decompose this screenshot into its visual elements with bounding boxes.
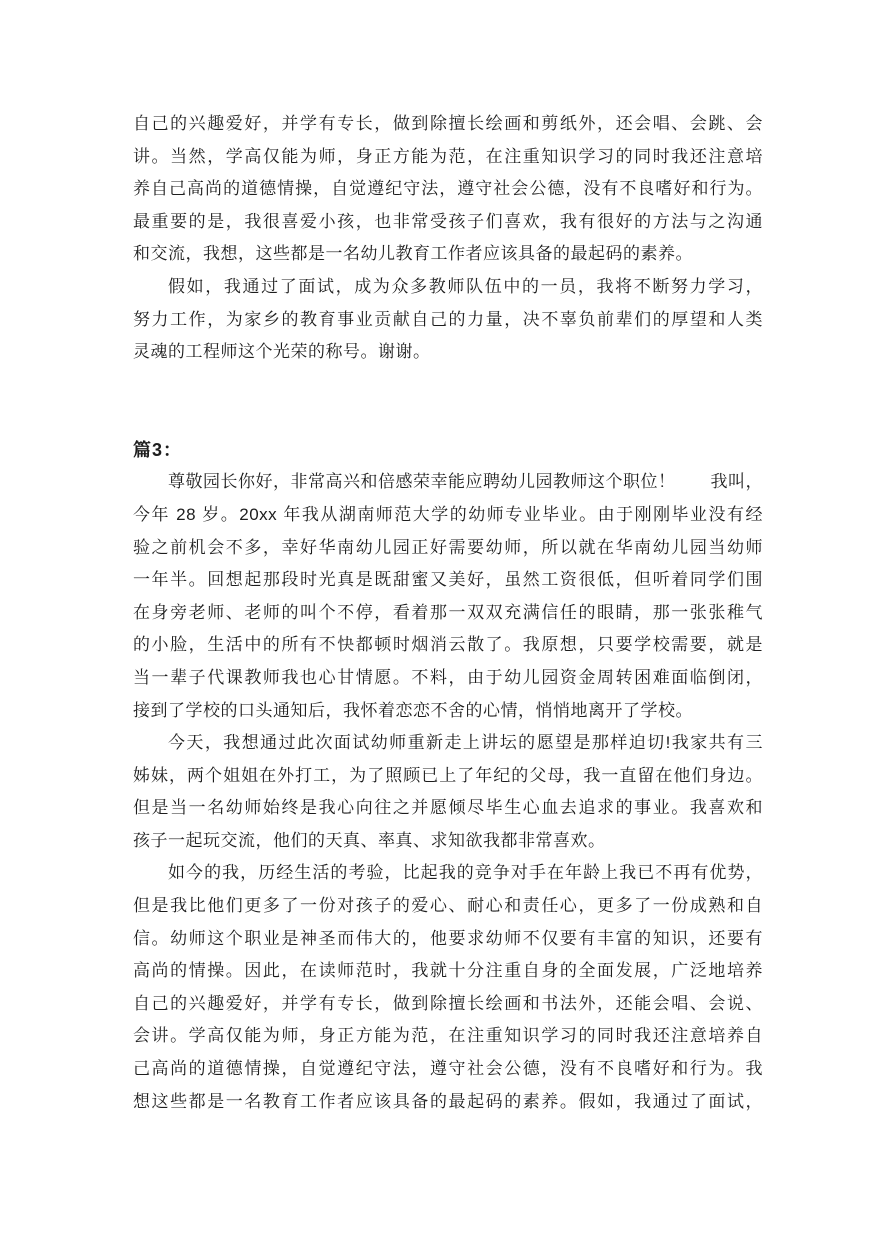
text-line: 接到了学校的口头通知后，我怀着恋恋不舍的心情，悄悄地离开了学校。 [133,695,763,728]
text-line: 如今的我，历经生活的考验，比起我的竞争对手在年龄上我已不再有优势， [133,857,763,890]
text-line: 一年半。回想起那段时光真是既甜蜜又美好，虽然工资很低，但听着同学们围 [133,564,763,597]
text-line: 会讲。学高仅能为师，身正方能为范，在注重知识学习的同时我还注意培养自 [133,1020,763,1053]
text-line: 的小脸，生活中的所有不快都顿时烟消云散了。我原想，只要学校需要，就是 [133,629,763,662]
text-line: 最重要的是，我很喜爱小孩，也非常受孩子们喜欢，我有很好的方法与之沟通 [133,206,763,239]
text-line: 姊妹，两个姐姐在外打工，为了照顾已上了年纪的父母，我一直留在他们身边。 [133,760,763,793]
section-heading: 篇3： [133,434,763,467]
text-line: 但是当一名幼师始终是我心向往之并愿倾尽毕生心血去追求的事业。我喜欢和 [133,792,763,825]
text-line: 尊敬园长你好，非常高兴和倍感荣幸能应聘幼儿园教师这个职位！ 我叫， [133,466,763,499]
text-line: 讲。当然，学高仅能为师，身正方能为范，在注重知识学习的同时我还注意培 [133,141,763,174]
text-line: 高尚的情操。因此，在读师范时，我就十分注重自身的全面发展，广泛地培养 [133,955,763,988]
text-line: 灵魂的工程师这个光荣的称号。谢谢。 [133,336,763,369]
text-line: 养自己高尚的道德情操，自觉遵纪守法，遵守社会公德，没有不良嗜好和行为。 [133,173,763,206]
text-line: 努力工作，为家乡的教育事业贡献自己的力量，决不辜负前辈们的厚望和人类 [133,304,763,337]
text-line: 自己的兴趣爱好，并学有专长，做到除擅长绘画和书法外，还能会唱、会说、 [133,988,763,1021]
text-line: 孩子一起玩交流，他们的天真、率真、求知欲我都非常喜欢。 [133,825,763,858]
text-line: 今天，我想通过此次面试幼师重新走上讲坛的愿望是那样迫切!我家共有三 [133,727,763,760]
text-line: 当一辈子代课教师我也心甘情愿。不料，由于幼儿园资金周转困难面临倒闭， [133,662,763,695]
text-line: 己高尚的道德情操，自觉遵纪守法，遵守社会公德，没有不良嗜好和行为。我 [133,1053,763,1086]
text-line: 但是我比他们更多了一份对孩子的爱心、耐心和责任心，更多了一份成熟和自 [133,890,763,923]
document-page: 自己的兴趣爱好，并学有专长，做到除擅长绘画和剪纸外，还会唱、会跳、会讲。当然，学… [0,0,884,1250]
text-line: 自己的兴趣爱好，并学有专长，做到除擅长绘画和剪纸外，还会唱、会跳、会 [133,108,763,141]
text-line: 假如，我通过了面试，成为众多教师队伍中的一员，我将不断努力学习， [133,271,763,304]
text-line: 信。幼师这个职业是神圣而伟大的，他要求幼师不仅要有丰富的知识，还要有 [133,923,763,956]
text-line: 想这些都是一名教育工作者应该具备的最起码的素养。假如，我通过了面试， [133,1086,763,1119]
text-line: 验之前机会不多，幸好华南幼儿园正好需要幼师，所以就在华南幼儿园当幼师 [133,532,763,565]
text-line: 今年 28 岁。20xx 年我从湖南师范大学的幼师专业毕业。由于刚刚毕业没有经 [133,499,763,532]
text-line: 在身旁老师、老师的叫个不停，看着那一双双充满信任的眼睛，那一张张稚气 [133,597,763,630]
document-content: 自己的兴趣爱好，并学有专长，做到除擅长绘画和剪纸外，还会唱、会跳、会讲。当然，学… [133,108,763,1118]
text-line: 和交流，我想，这些都是一名幼儿教育工作者应该具备的最起码的素养。 [133,238,763,271]
